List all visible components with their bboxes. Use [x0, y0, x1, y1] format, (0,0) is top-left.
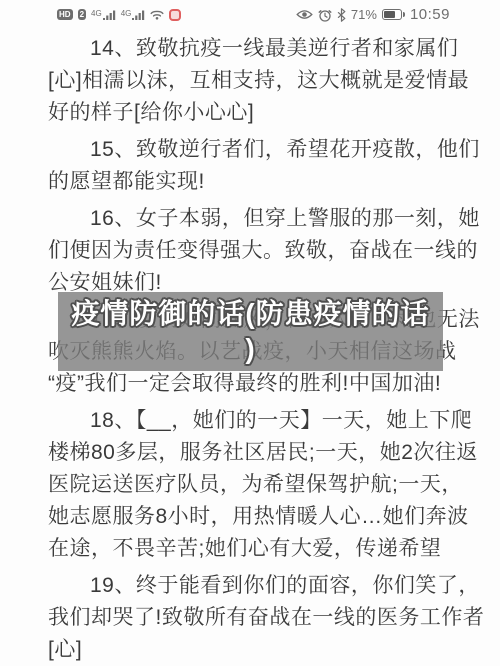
status-bar: HD 2 4G 4G [0, 0, 500, 26]
text-line: 18、【__，她们的一天】一天，她上下爬 [48, 405, 485, 437]
network-type-label: 4G [121, 10, 132, 18]
signal-bars-icon: 4G [91, 9, 116, 20]
text-line: [心]相濡以沫，互相支持，这大概就是爱情最 [48, 65, 485, 97]
bluetooth-icon [337, 8, 346, 22]
wifi-icon [150, 9, 164, 20]
signal-bars-icon [103, 9, 116, 20]
clock-label: 10:59 [410, 6, 450, 23]
signal-bars-icon [132, 9, 145, 20]
signal-bars-icon: 4G [121, 9, 146, 20]
text-line: 们便因为责任变得强大。致敬，奋战在一线的 [48, 235, 485, 267]
paragraph-16: 16、女子本弱，但穿上警服的那一刻，她 们便因为责任变得强大。致敬，奋战在一线的… [48, 203, 485, 299]
eye-comfort-icon [296, 9, 313, 20]
text-line: 楼梯80多层，服务社区居民;一天，她2次往返 [48, 437, 485, 469]
red-app-icon [169, 9, 181, 21]
text-line: 医院运送医疗队员，为希望保驾护航;一天， [48, 469, 485, 501]
text-line: 的愿望都能实现! [48, 166, 485, 198]
text-line: 14、致敬抗疫一线最美逆行者和家属们 [48, 33, 485, 65]
paragraph-18: 18、【__，她们的一天】一天，她上下爬 楼梯80多层，服务社区居民;一天，她2… [48, 405, 485, 565]
status-bar-left: HD 2 4G 4G [57, 9, 181, 21]
alarm-clock-icon [318, 8, 332, 22]
paragraph-15: 15、致敬逆行者们，希望花开疫散，他们 的愿望都能实现! [48, 134, 485, 198]
text-line: “疫”我们一定会取得最终的胜利!中国加油! [48, 368, 485, 400]
battery-icon [382, 9, 405, 20]
text-line: 在途，不畏辛苦;她们心有大爱，传递希望 [48, 533, 485, 565]
paragraph-19: 19、终于能看到你们的面容，你们笑了， 我们却哭了!致敬所有奋战在一线的医务工作… [48, 570, 485, 666]
dual-sim-2-badge: 2 [78, 9, 86, 20]
network-type-label: 4G [91, 10, 102, 18]
hd-badge: HD [57, 9, 73, 20]
status-bar-right: 71% 10:59 [296, 6, 450, 23]
page-title-continued: ) [58, 331, 443, 366]
text-line: 15、致敬逆行者们，希望花开疫散，他们 [48, 134, 485, 166]
battery-percent-label: 71% [351, 7, 377, 22]
text-line: [心] [48, 634, 485, 666]
paragraph-14: 14、致敬抗疫一线最美逆行者和家属们 [心]相濡以沫，互相支持，这大概就是爱情最… [48, 33, 485, 129]
text-line: 她志愿服务8小时，用热情暖人心…她们奔波 [48, 501, 485, 533]
text-line: 19、终于能看到你们的面容，你们笑了， [48, 570, 485, 602]
page-title: 疫情防御的话(防患疫情的话 [58, 296, 443, 331]
text-line: 好的样子[给你小心心] [48, 97, 485, 129]
text-line: 16、女子本弱，但穿上警服的那一刻，她 [48, 203, 485, 235]
watermark-title-banner: 疫情防御的话(防患疫情的话 ) [58, 292, 443, 371]
text-line: 我们却哭了!致敬所有奋战在一线的医务工作者 [48, 602, 485, 634]
phone-screen: HD 2 4G 4G [0, 0, 500, 666]
